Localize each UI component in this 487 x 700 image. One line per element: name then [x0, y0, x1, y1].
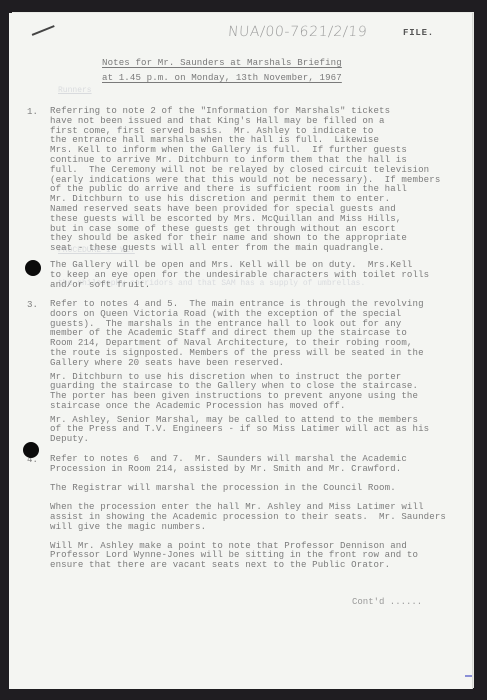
continued-marker: Cont'd ......	[352, 597, 422, 607]
punch-hole	[23, 442, 39, 458]
text-line: of the Press and T.V. Engineers - if so …	[50, 424, 429, 434]
text-line: ensure that there are vacant seats next …	[50, 560, 390, 570]
text-line: Gallery where 20 seats have been reserve…	[50, 358, 284, 368]
file-label: FILE.	[403, 28, 434, 38]
ink-mark	[465, 675, 472, 677]
text-line: Deputy.	[50, 434, 89, 444]
text-line: Procession in Room 214, assisted by Mr. …	[50, 464, 401, 474]
bleed-through-text: Runners	[58, 86, 92, 95]
text-line: seat - these guests will all enter from …	[50, 243, 385, 253]
text-line: The Registrar will marshal the processio…	[50, 483, 396, 493]
text-line: and/or soft fruit.	[50, 280, 150, 290]
item-number: 3.	[27, 299, 38, 310]
text-line: will give the magic numbers.	[50, 522, 206, 532]
title-line-2: at 1.45 p.m. on Monday, 13th November, 1…	[102, 72, 342, 83]
handwritten-reference: NUA/00-7621/2/19	[227, 24, 367, 40]
title-line-1: Notes for Mr. Saunders at Marshals Brief…	[102, 57, 342, 68]
punch-hole	[25, 260, 41, 276]
item-number: 1.	[27, 106, 38, 117]
text-line: staircase once the Academic Procession h…	[50, 401, 346, 411]
